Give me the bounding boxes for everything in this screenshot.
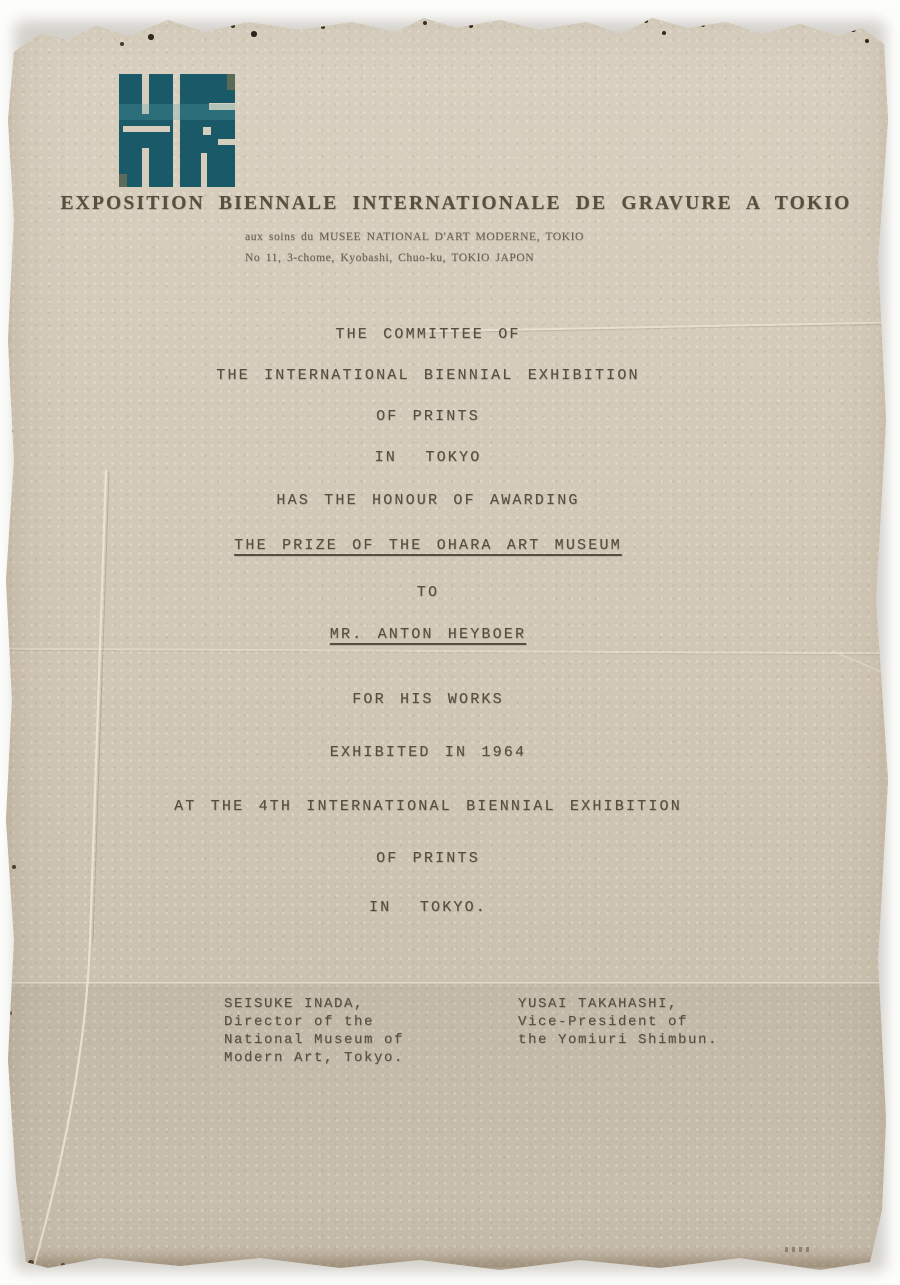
signatory-left: SEISUKE INADA, Director of the National … <box>224 995 404 1067</box>
body-line-in-tokyo: IN TOKYO <box>0 450 856 466</box>
body-line-honour: HAS THE HONOUR OF AWARDING <box>0 493 856 509</box>
logo-ink-highlight <box>119 104 235 120</box>
body-line-exhibition: THE INTERNATIONAL BIENNIAL EXHIBITION <box>0 368 856 384</box>
fold-line-middle <box>0 648 900 655</box>
body-line-in-tokyo-2: IN TOKYO. <box>0 900 856 916</box>
fold-shade-band <box>0 985 900 1195</box>
organization-address-line2: No 11, 3-chome, Kyobashi, Chuo-ku, TOKIO… <box>245 252 534 264</box>
signatory-right-title1: Vice-President of <box>518 1013 718 1031</box>
body-line-of-prints: OF PRINTS <box>0 409 856 425</box>
paper-creases <box>0 0 900 1285</box>
body-line-4th-biennial: AT THE 4TH INTERNATIONAL BIENNIAL EXHIBI… <box>0 799 856 815</box>
signatory-right-name: YUSAI TAKAHASHI, <box>518 995 718 1013</box>
signatory-left-title1: Director of the <box>224 1013 404 1031</box>
body-line-for-his-works: FOR HIS WORKS <box>0 692 856 708</box>
bottom-right-mark <box>785 1247 811 1252</box>
organization-title: EXPOSITION BIENNALE INTERNATIONALE DE GR… <box>12 193 900 215</box>
certificate-paper: EXPOSITION BIENNALE INTERNATIONALE DE GR… <box>0 0 900 1285</box>
body-line-of-prints-2: OF PRINTS <box>0 851 856 867</box>
certificate-photo: EXPOSITION BIENNALE INTERNATIONALE DE GR… <box>0 0 900 1285</box>
logo-glyphs <box>119 74 235 187</box>
organization-address-line1: aux soins du MUSEE NATIONAL D'ART MODERN… <box>245 231 584 243</box>
fold-line-bottom <box>0 982 900 985</box>
signatory-left-title3: Modern Art, Tokyo. <box>224 1049 404 1067</box>
fold-line-top <box>420 321 890 332</box>
body-line-exhibited-year: EXHIBITED IN 1964 <box>0 745 856 761</box>
logo-counterforms <box>123 74 235 187</box>
prize-title-line: THE PRIZE OF THE OHARA ART MUSEUM <box>0 538 856 554</box>
laureate-name-line: MR. ANTON HEYBOER <box>0 627 856 643</box>
signatory-right-title2: the Yomiuri Shimbun. <box>518 1031 718 1049</box>
torn-edge-speckles <box>0 0 2 2</box>
signatory-left-name: SEISUKE INADA, <box>224 995 404 1013</box>
body-line-committee: THE COMMITTEE OF <box>0 327 856 343</box>
biennale-logo-stamp <box>119 74 235 187</box>
signatory-right: YUSAI TAKAHASHI, Vice-President of the Y… <box>518 995 718 1049</box>
signatory-left-title2: National Museum of <box>224 1031 404 1049</box>
logo-offset-smudge <box>119 74 235 187</box>
body-line-to: TO <box>0 585 856 601</box>
